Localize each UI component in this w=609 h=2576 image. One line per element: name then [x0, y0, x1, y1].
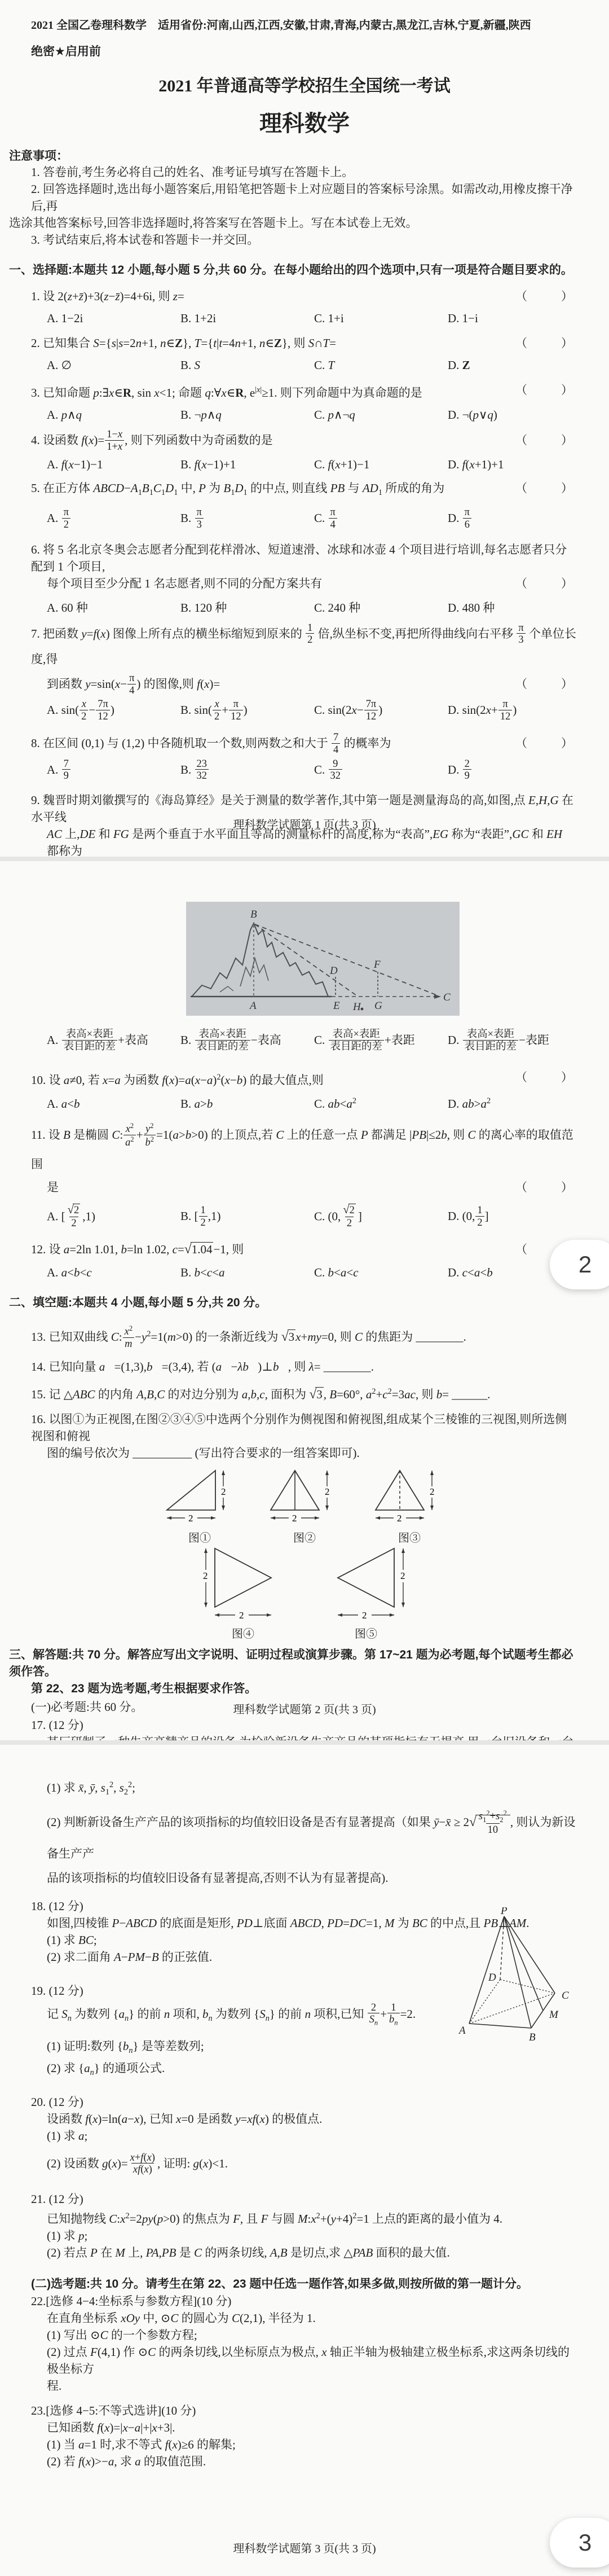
option-b: B. π3	[180, 507, 314, 531]
option-b: B. ¬p∧q	[180, 408, 314, 422]
fig18-label-d: D	[488, 1972, 496, 1983]
section-solution-header-line2: 第 22、23 题为选考题,考生根据要求作答。	[9, 1680, 576, 1697]
option-b: B. 表高×表距表目距的差−表高	[180, 1029, 314, 1053]
option-c: C. 932	[314, 759, 448, 783]
q5-text: 5. 在正方体 ABCD−A1B1C1D1 中, P 为 B1D1 的中点, 则…	[31, 481, 444, 495]
question-12-options: A. a<b<c B. b<c<a C. b<a<c D. c<a<b	[47, 1266, 586, 1280]
question-13: 13. 已知双曲线 C:x2m−y2=1(m>0) 的一条渐近线为 √3x+my…	[9, 1319, 576, 1351]
triangle-figure-2: 2 2 图②	[265, 1466, 344, 1545]
island-survey-figure: B D F A E H G C	[186, 902, 460, 1016]
option-d: D. 表高×表距表目距的差−表距	[448, 1029, 581, 1053]
q11-text: 是	[47, 1181, 59, 1194]
question-17-part1: (1) 求 x̄, ȳ, s12, s22;	[9, 1776, 576, 1801]
fig1-base-dim: 2	[188, 1513, 193, 1524]
q10-text: 10. 设 a≠0, 若 x=a 为函数 f(x)=a(x−a)2(x−b) 的…	[31, 1073, 324, 1087]
option-d: D. 480 种	[448, 599, 581, 616]
question-20-part2: (2) 设函数 g(x)=x+f(x)xf(x), 证明: g(x)<1.	[9, 2149, 576, 2178]
fig3-base-dim: 2	[397, 1513, 402, 1524]
question-17-part2-line2: 品的该项指标的均值较旧设备有显著提高,否则不认为有显著提高).	[9, 1870, 576, 1886]
option-a: A. f(x−1)−1	[47, 458, 180, 472]
question-22-stem: 在直角坐标系 xOy 中, ⊙C 的圆心为 C(2,1), 半径为 1.	[9, 2310, 576, 2327]
question-12-stem: 12. 设 a=2ln 1.01, b=ln 1.02, c=√1.04−1, …	[9, 1241, 576, 1258]
question-10-options: A. a<b B. a>b C. ab<a2 D. ab>a2	[47, 1096, 586, 1111]
corner-note: 2021 全国乙卷理科数学 适用省份:河南,山西,江西,安徽,甘肃,青海,内蒙古…	[31, 16, 609, 32]
question-5-options: A. π2 B. π3 C. π4 D. π6	[47, 506, 586, 533]
figure-caption-3: 图③	[370, 1529, 449, 1545]
option-b: B. 1+2i	[180, 311, 314, 326]
option-d: D. sin(2x+π12)	[448, 699, 581, 723]
question-19-part2: (2) 求 {an} 的通项公式.	[9, 2060, 576, 2081]
question-10-stem: 10. 设 a≠0, 若 x=a 为函数 f(x)=a(x−a)2(x−b) 的…	[9, 1069, 576, 1089]
fig2-base-dim: 2	[292, 1513, 297, 1524]
option-d: D. 1−i	[448, 311, 581, 326]
option-a: A. ∅	[47, 358, 180, 372]
answer-bracket: （ ）	[515, 381, 576, 398]
fig9-label-g: G	[374, 1000, 382, 1012]
option-c: C. sin(2x−7π12)	[314, 699, 448, 723]
fig4-height-dim: 2	[203, 1570, 208, 1581]
option-d: D. ¬(p∨q)	[448, 408, 581, 422]
fig9-label-f: F	[373, 959, 381, 971]
fig2-height-dim: 2	[325, 1486, 330, 1497]
option-c: C. π4	[314, 507, 448, 531]
section-solution-header-line1: 三、解答题:共 70 分。解答应写出文字说明、证明过程或演算步骤。第 17~21…	[9, 1647, 576, 1680]
question-22-head: 22.[选修 4−4:坐标系与参数方程](10 分)	[9, 2293, 576, 2310]
notice-item-2-line1: 2. 回答选择题时,选出每小题答案后,用铅笔把答题卡上对应题目的答案标号涂黑。如…	[9, 181, 576, 214]
option-d: D. f(x+1)+1	[448, 458, 581, 472]
page-indicator-3-label: 3	[579, 2529, 592, 2556]
fig5-base-dim: 2	[362, 1610, 367, 1621]
question-6-stem-line1: 6. 将 5 名北京冬奥会志愿者分配到花样滑冰、短道速滑、冰球和冰壶 4 个项目…	[9, 541, 576, 575]
page-indicator-2[interactable]: 2	[550, 1240, 609, 1289]
option-a: A. 1−2i	[47, 311, 180, 326]
page-1: 2021 全国乙卷理科数学 适用省份:河南,山西,江西,安徽,甘肃,青海,内蒙古…	[0, 0, 609, 857]
triangle-figure-3: 2 2 图③	[370, 1466, 449, 1545]
page-footer-3: 理科数学试题第 3 页(共 3 页)	[0, 2539, 609, 2556]
q4-text: 4. 设函数 f(x)=1−x1+x, 则下列函数中为奇函数的是	[31, 433, 273, 447]
answer-bracket: （ ）	[515, 288, 576, 305]
option-a: A. a<b	[47, 1097, 180, 1111]
question-22-part1: (1) 写出 ⊙C 的一个参数方程;	[9, 2327, 576, 2344]
page-indicator-3[interactable]: 3	[550, 2518, 609, 2568]
question-6-stem-line2: 每个项目至少分配 1 名志愿者,则不同的分配方案共有 （ ）	[9, 575, 576, 592]
option-a: A. π2	[47, 507, 180, 531]
option-a: A. p∧q	[47, 408, 180, 422]
option-b: B. f(x−1)+1	[180, 458, 314, 472]
secrecy-label: 绝密★启用前	[31, 42, 609, 59]
scanned-exam-paper: { "ui": { "bracket": "（ ）" }, "p1": { "c…	[0, 0, 609, 2576]
question-22-part2-line1: (2) 过点 F(4,1) 作 ⊙C 的两条切线,以坐标原点为极点, x 轴正半…	[9, 2344, 576, 2377]
figure-caption-2: 图②	[265, 1529, 344, 1545]
option-b: B. a>b	[180, 1097, 314, 1111]
question-21-head: 21. (12 分)	[9, 2191, 576, 2208]
question-21-part1: (1) 求 p;	[9, 2227, 576, 2244]
question-7-stem-line2: 到函数 y=sin(x−π4) 的图像,则 f(x)= （ ）	[9, 672, 576, 697]
fig9-label-h: H	[352, 1001, 361, 1013]
figure-caption-4: 图④	[200, 1625, 286, 1641]
notice-item-1: 1. 答卷前,考生务必将自己的姓名、准考证号填写在答题卡上。	[9, 164, 576, 181]
page-indicator-2-label: 2	[579, 1251, 592, 1278]
page-footer-2: 理科数学试题第 2 页(共 3 页)	[0, 1700, 609, 1717]
q6-text: 每个项目至少分配 1 名志愿者,则不同的分配方案共有	[47, 577, 322, 590]
fig5-height-dim: 2	[400, 1570, 405, 1581]
q8-text: 8. 在区间 (0,1) 与 (1,2) 中各随机取一个数,则两数之和大于 74…	[31, 736, 391, 750]
answer-bracket: （ ）	[515, 428, 576, 453]
option-d: D. ab>a2	[448, 1096, 581, 1111]
question-11-options: A. [√22,1) B. [12,1) C. (0,√22] D. (0,12…	[47, 1201, 586, 1233]
island-figure-svg: B D F A E H G C	[186, 902, 460, 1016]
page-footer-1: 理科数学试题第 1 页(共 3 页)	[0, 815, 609, 832]
option-c: C. T	[314, 358, 448, 372]
option-c: C. p∧¬q	[314, 408, 448, 422]
question-23-head: 23.[选修 4−5:不等式选讲](10 分)	[9, 2402, 576, 2419]
answer-bracket: （ ）	[515, 335, 576, 352]
question-6-options: A. 60 种 B. 120 种 C. 240 种 D. 480 种	[47, 599, 586, 616]
option-d: D. Z	[448, 358, 581, 372]
answer-bracket: （ ）	[515, 731, 576, 756]
q16-figures-row1: 2 2 图① 2 2 图②	[0, 1466, 609, 1545]
notice-item-3: 3. 考试结束后,将本试卷和答题卡一并交回。	[9, 231, 576, 248]
question-4-options: A. f(x−1)−1 B. f(x−1)+1 C. f(x+1)−1 D. f…	[47, 458, 586, 472]
question-3-options: A. p∧q B. ¬p∧q C. p∧¬q D. ¬(p∨q)	[47, 408, 586, 422]
question-20-head: 20. (12 分)	[9, 2094, 576, 2110]
answer-bracket: （ ）	[515, 1179, 576, 1196]
subject-title: 理科数学	[0, 106, 609, 138]
question-14: 14. 已知向量 a⃗=(1,3),b⃗=(3,4), 若 (a⃗−λb⃗)⊥b…	[9, 1358, 576, 1375]
option-b: B. [12,1)	[180, 1205, 314, 1229]
option-a: A. [√22,1)	[47, 1205, 180, 1230]
question-7-stem-line1: 7. 把函数 y=f(x) 图像上所有点的横坐标缩短到原来的 12 倍,纵坐标不…	[9, 621, 576, 672]
question-23-stem: 已知函数 f(x)=|x−a|+|x+3|.	[9, 2419, 576, 2436]
notice-item-2-line2: 选涂其他答案标号,回答非选择题时,将答案写在答题卡上。写在本试卷上无效。	[9, 214, 576, 231]
fig4-base-dim: 2	[239, 1610, 244, 1621]
question-1-options: A. 1−2i B. 1+2i C. 1+i D. 1−i	[47, 311, 586, 326]
question-21-part2: (2) 若点 P 在 M 上, PA,PB 是 C 的两条切线, A,B 是切点…	[9, 2244, 576, 2261]
fig9-label-e: E	[333, 1000, 340, 1012]
figure-caption-1: 图①	[160, 1529, 239, 1545]
q1-text: 1. 设 2(z+z̄)+3(z−z̄)=4+6i, 则 z=	[31, 289, 184, 303]
answer-bracket: （ ）	[515, 480, 576, 497]
question-1-stem: 1. 设 2(z+z̄)+3(z−z̄)=4+6i, 则 z= （ ）	[9, 288, 576, 305]
option-c: C. (0,√22]	[314, 1205, 448, 1230]
question-3-stem: 3. 已知命题 p:∃x∈R, sin x<1; 命题 q:∀x∈R, e|x|…	[9, 381, 576, 401]
option-a: A. 60 种	[47, 599, 180, 616]
question-20-part1: (1) 求 a;	[9, 2127, 576, 2144]
question-19-head: 19. (12 分)	[9, 1982, 576, 1999]
q3-text: 3. 已知命题 p:∃x∈R, sin x<1; 命题 q:∀x∈R, e|x|…	[31, 386, 422, 400]
question-20-stem: 设函数 f(x)=ln(a−x), 已知 x=0 是函数 y=xf(x) 的极值…	[9, 2110, 576, 2127]
triangle-figure-4: 2 2 图④	[200, 1545, 286, 1641]
fig1-height-dim: 2	[221, 1486, 226, 1497]
option-c: C. b<a<c	[314, 1266, 448, 1280]
question-7-options: A. sin(x2−7π12) B. sin(x2+π12) C. sin(2x…	[47, 697, 586, 725]
question-17-para-line1: 某厂研制了一种生产高精产品的设备,为检验新设备生产产品的某项指标有无提高,用一台…	[9, 1734, 576, 1740]
option-b: B. 120 种	[180, 599, 314, 616]
fig9-label-c: C	[443, 991, 451, 1003]
q12-text: 12. 设 a=2ln 1.01, b=ln 1.02, c=√1.04−1, …	[31, 1243, 244, 1256]
question-19-stem: 记 Sn 为数列 {an} 的前 n 项和, bn 为数列 {Sn} 的前 n …	[9, 1999, 576, 2033]
question-8-options: A. 79 B. 2332 C. 932 D. 29	[47, 757, 586, 785]
fig9-label-a: A	[249, 1000, 257, 1012]
option-a: A. a<b<c	[47, 1266, 180, 1280]
question-4-stem: 4. 设函数 f(x)=1−x1+x, 则下列函数中为奇函数的是 （ ）	[9, 428, 576, 453]
option-d: D. π6	[448, 507, 581, 531]
question-15: 15. 记 △ABC 的内角 A,B,C 的对边分别为 a,b,c, 面积为 √…	[9, 1383, 576, 1403]
notice-header: 注意事项：	[9, 147, 609, 164]
question-5-stem: 5. 在正方体 ABCD−A1B1C1D1 中, P 为 B1D1 的中点, 则…	[9, 480, 576, 501]
question-8-stem: 8. 在区间 (0,1) 与 (1,2) 中各随机取一个数,则两数之和大于 74…	[9, 731, 576, 756]
question-23-part1: (1) 当 a=1 时,求不等式 f(x)≥6 的解集;	[9, 2436, 576, 2453]
question-22-part2-line2: 程.	[9, 2377, 576, 2394]
figure-caption-5: 图⑤	[323, 1625, 409, 1641]
option-a: A. sin(x2−7π12)	[47, 699, 180, 723]
option-d: D. 29	[448, 759, 581, 783]
option-b: B. sin(x2+π12)	[180, 699, 314, 723]
answer-bracket: （ ）	[515, 1069, 576, 1086]
option-c: C. 240 种	[314, 599, 448, 616]
question-16-line1: 16. 以图①为正视图,在图②③④⑤中选两个分别作为侧视图和俯视图,组成某个三棱…	[9, 1411, 576, 1445]
option-c: C. 1+i	[314, 311, 448, 326]
question-16-line2: 图的编号依次为 __________ (写出符合要求的一组答案即可).	[9, 1445, 576, 1462]
option-b: B. S	[180, 358, 314, 372]
question-2-stem: 2. 已知集合 S={s|s=2n+1, n∈Z}, T={t|t=4n+1, …	[9, 335, 576, 352]
section-choice-header: 一、选择题:本题共 12 小题,每小题 5 分,共 60 分。在每小题给出的四个…	[9, 262, 576, 279]
page-2: B D F A E H G C A. 表高×表距表目距的差+表高 B. 表高×表…	[0, 861, 609, 1740]
fig9-label-b: B	[250, 909, 257, 920]
optional-part-header: (二)选考题:共 10 分。请考生在第 22、23 题中任选一题作答,如果多做,…	[9, 2276, 576, 2293]
question-2-options: A. ∅ B. S C. T D. Z	[47, 358, 586, 372]
question-23-part2: (2) 若 f(x)>−a, 求 a 的取值范围.	[9, 2453, 576, 2470]
question-17-head: 17. (12 分)	[9, 1717, 576, 1734]
answer-bracket: （ ）	[515, 575, 576, 592]
question-11-stem-line2: 是 （ ）	[9, 1179, 576, 1196]
fig9-label-d: D	[329, 965, 338, 977]
option-d: D. (0,12]	[448, 1205, 581, 1229]
option-c: C. 表高×表距表目距的差+表距	[314, 1029, 448, 1053]
triangle-figure-1: 2 2 图①	[160, 1466, 239, 1545]
question-11-stem-line1: 11. 设 B 是椭圆 C:x2a2+y2b2=1(a>b>0) 的上顶点,若 …	[9, 1120, 576, 1179]
option-c: C. f(x+1)−1	[314, 458, 448, 472]
question-19-part1: (1) 证明:数列 {bn} 是等差数列;	[9, 2038, 576, 2059]
question-17-part2-line1: (2) 判断新设备生产产品的该项指标的均值较旧设备是否有显著提高（如果 ȳ−x̄…	[9, 1806, 576, 1870]
question-9-options: A. 表高×表距表目距的差+表高 B. 表高×表距表目距的差−表高 C. 表高×…	[47, 1025, 586, 1057]
option-a: A. 79	[47, 759, 180, 783]
option-b: B. b<c<a	[180, 1266, 314, 1280]
answer-bracket: （ ）	[515, 672, 576, 696]
triangle-figure-5: 2 2 图⑤	[323, 1545, 409, 1641]
option-c: C. ab<a2	[314, 1096, 448, 1111]
fig3-height-dim: 2	[430, 1486, 435, 1497]
fig18-label-p: P	[500, 1907, 507, 1917]
page-3: (1) 求 x̄, ȳ, s12, s22; (2) 判断新设备生产产品的该项指…	[0, 1745, 609, 2576]
question-21-stem: 已知抛物线 C:x2=2py(p>0) 的焦点为 F, 且 F 与圆 M:x2+…	[9, 2208, 576, 2227]
option-b: B. 2332	[180, 759, 314, 783]
option-a: A. 表高×表距表目距的差+表高	[47, 1029, 180, 1053]
q7-text: 到函数 y=sin(x−π4) 的图像,则 f(x)=	[47, 677, 220, 691]
q2-text: 2. 已知集合 S={s|s=2n+1, n∈Z}, T={t|t=4n+1, …	[31, 336, 336, 350]
section-fill-header: 二、填空题:本题共 4 小题,每小题 5 分,共 20 分。	[9, 1294, 576, 1311]
exam-title: 2021 年普通高等学校招生全国统一考试	[0, 72, 609, 96]
q16-figures-row2: 2 2 图④ 2 2 图⑤	[0, 1545, 609, 1641]
